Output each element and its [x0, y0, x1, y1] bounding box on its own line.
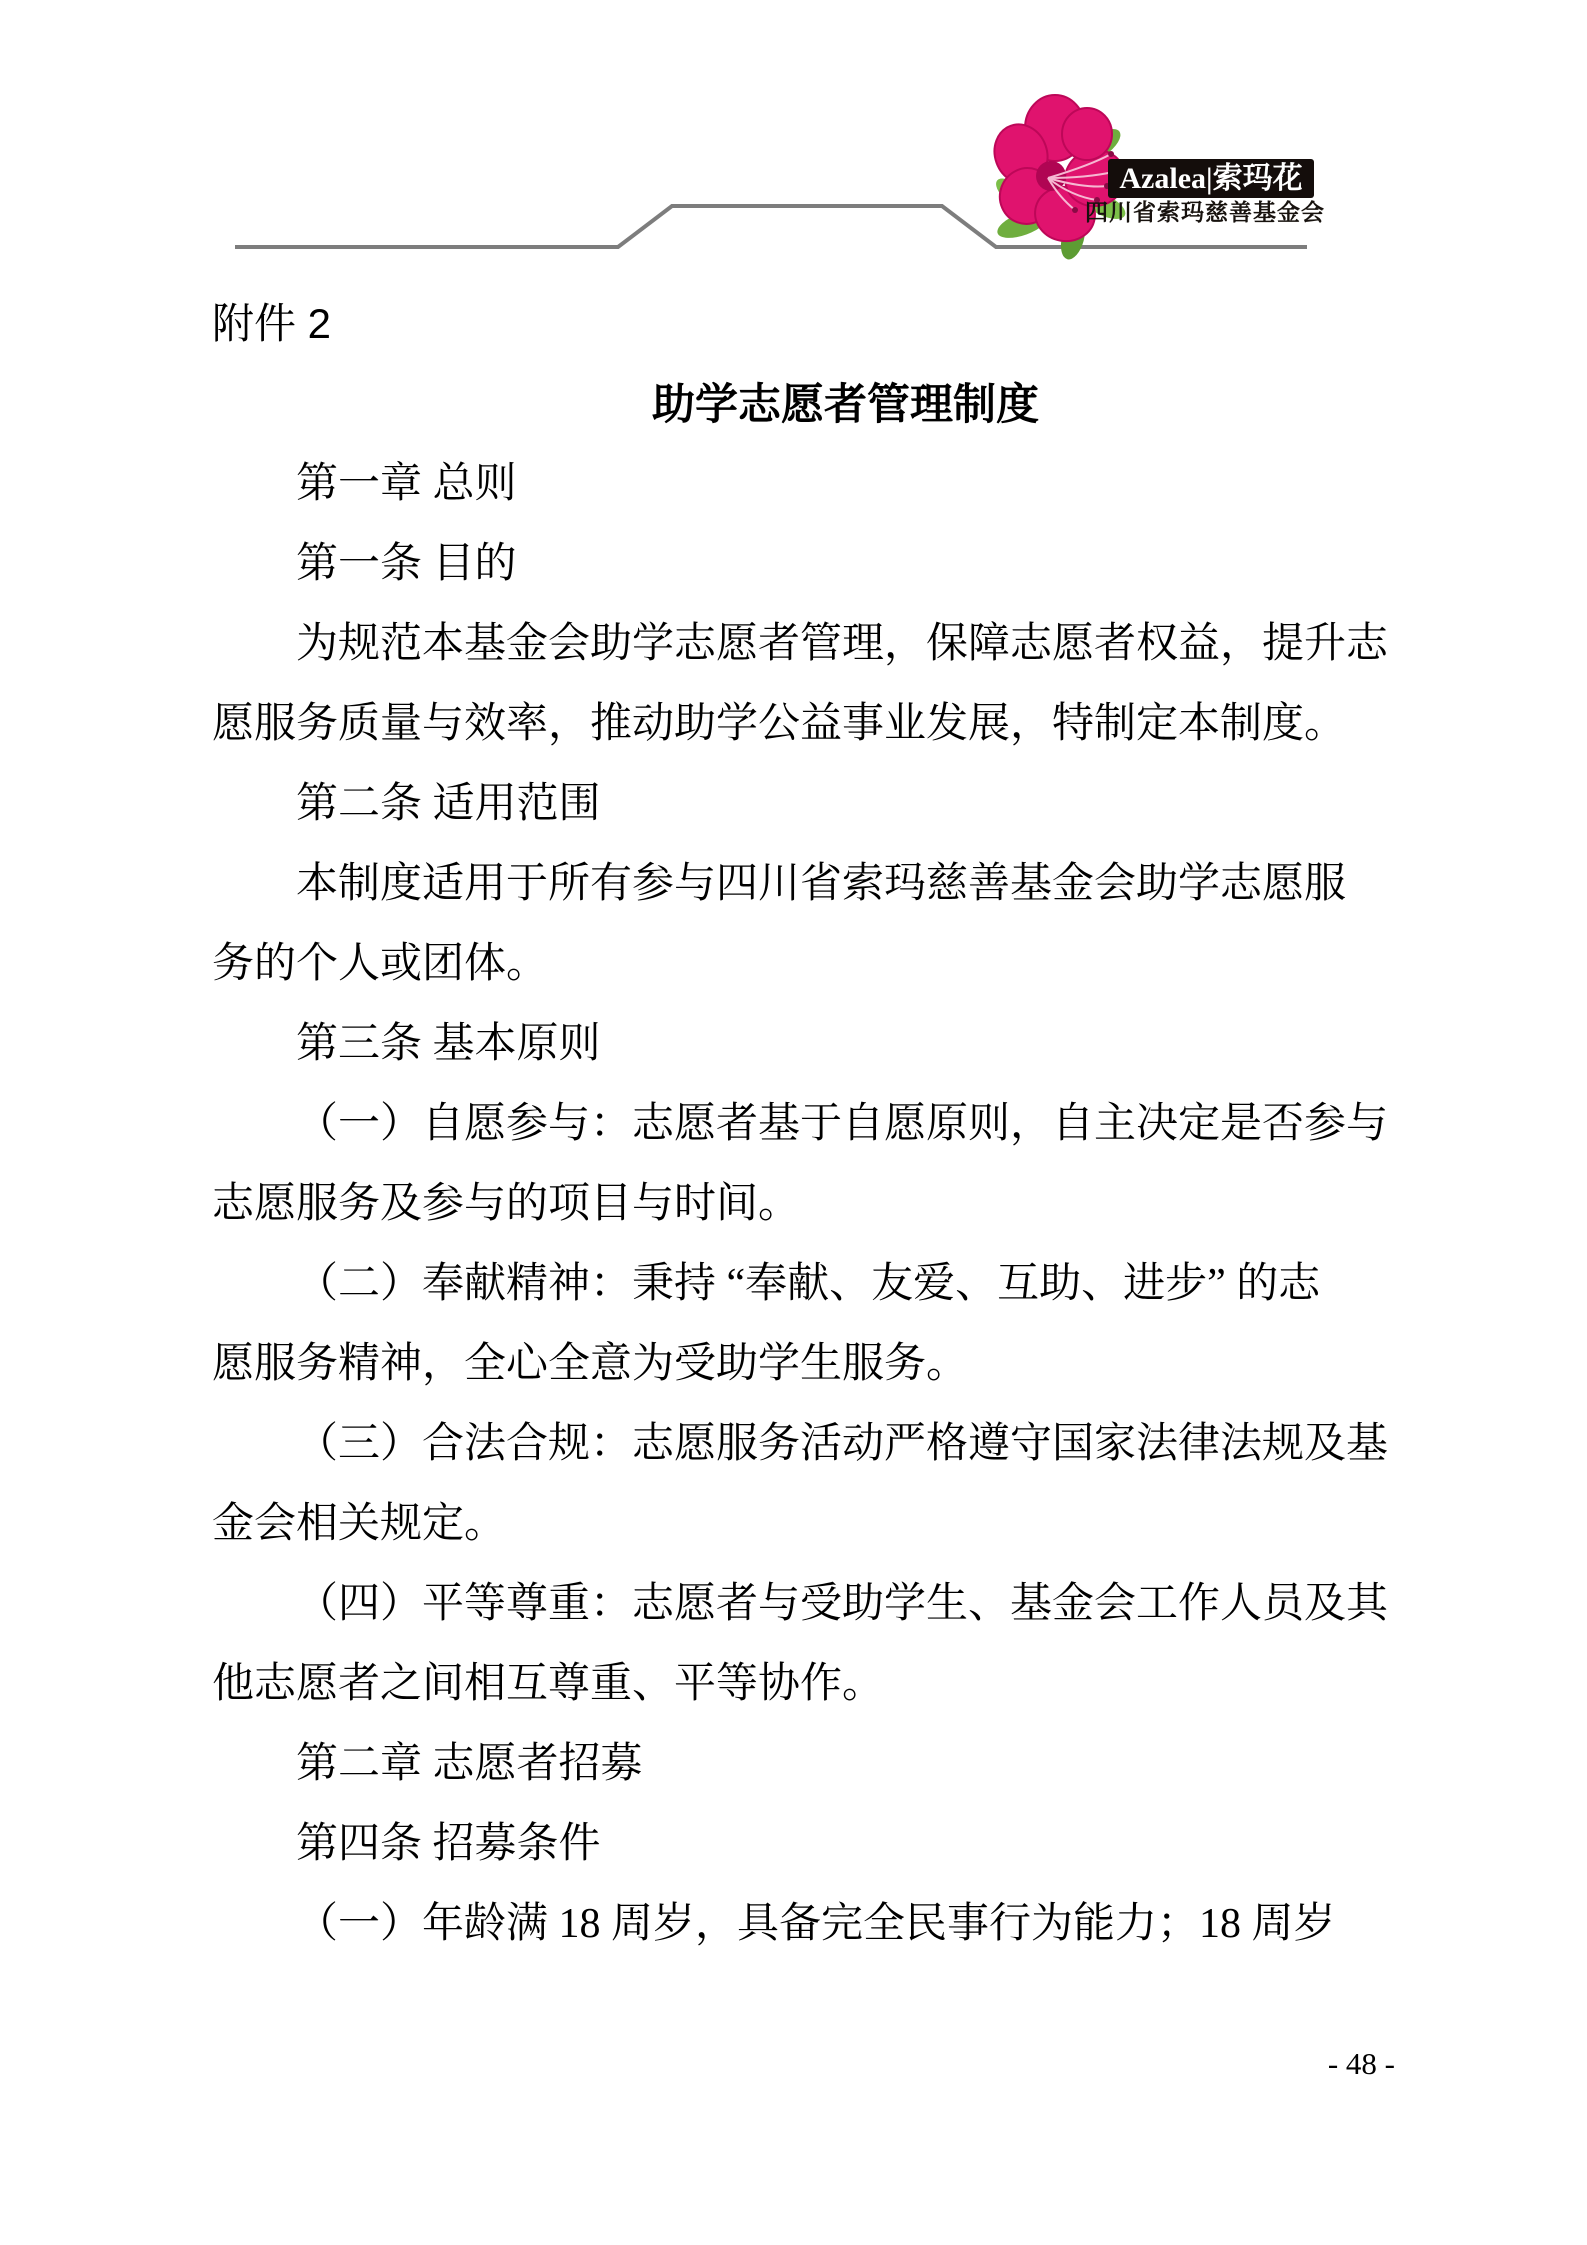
page-number: - 48 - [1328, 2046, 1395, 2082]
body-line: （二）奉献精神：秉持 “奉献、友爱、互助、进步” 的志 [212, 1244, 1402, 1324]
brand-wordmark: Azalea|索玛花 [1119, 159, 1302, 198]
body-line-chapter2: 第二章 志愿者招募 [212, 1724, 1402, 1804]
body-line: 志愿服务及参与的项目与时间。 [212, 1164, 1402, 1244]
body-line: 为规范本基金会助学志愿者管理，保障志愿者权益，提升志 [212, 604, 1402, 684]
body-line: （一）自愿参与：志愿者基于自愿原则，自主决定是否参与 [212, 1084, 1402, 1164]
document-body: 第一章 总则 第一条 目的 为规范本基金会助学志愿者管理，保障志愿者权益，提升志… [212, 444, 1402, 1964]
body-line-article3: 第三条 基本原则 [212, 1004, 1402, 1084]
body-line-article4: 第四条 招募条件 [212, 1804, 1402, 1884]
body-line: 金会相关规定。 [212, 1484, 1402, 1564]
attachment-label: 附件 2 [212, 299, 331, 349]
body-line: （一）年龄满 18 周岁，具备完全民事行为能力；18 周岁 [212, 1884, 1402, 1964]
body-line: （三）合法合规：志愿服务活动严格遵守国家法律法规及基 [212, 1404, 1402, 1484]
body-line: 他志愿者之间相互尊重、平等协作。 [212, 1644, 1402, 1724]
body-line: （四）平等尊重：志愿者与受助学生、基金会工作人员及其 [212, 1564, 1402, 1644]
body-line: 务的个人或团体。 [212, 924, 1402, 1004]
header-divider-line [0, 0, 1587, 300]
document-page: Azalea|索玛花 四川省索玛慈善基金会 附件 2 助学志愿者管理制度 第一章… [0, 0, 1587, 2245]
body-line: 愿服务精神，全心全意为受助学生服务。 [212, 1324, 1402, 1404]
body-line-article2: 第二条 适用范围 [212, 764, 1402, 844]
org-name: 四川省索玛慈善基金会 [1085, 199, 1325, 225]
brand-box: Azalea|索玛花 [1108, 159, 1314, 198]
document-title: 助学志愿者管理制度 [652, 379, 1039, 433]
body-line-chapter1: 第一章 总则 [212, 444, 1402, 524]
body-line: 愿服务质量与效率，推动助学公益事业发展，特制定本制度。 [212, 684, 1402, 764]
body-line-article1: 第一条 目的 [212, 524, 1402, 604]
body-line: 本制度适用于所有参与四川省索玛慈善基金会助学志愿服 [212, 844, 1402, 924]
